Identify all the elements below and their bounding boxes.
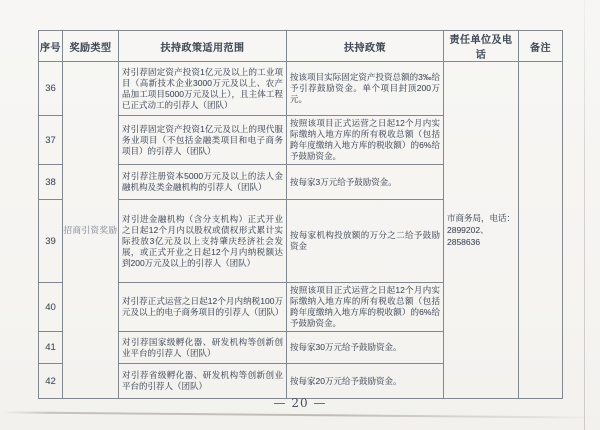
row-number-cell: 40 [39, 283, 63, 332]
scope-cell: 对引荐正式运营之日起12个月内纳税100万元及以上的电子商务项目的引荐人（团队） [119, 283, 287, 332]
policy-cell: 按该项目实际固定资产投资总额的3‰给予引荐鼓励资金。单个项目封顶200万元。 [287, 62, 444, 116]
policy-cell: 按每家3万元给予鼓励资金。 [287, 165, 444, 200]
scope-cell: 对引荐注册资本5000万元及以上的法人金融机构及类金融机构的引荐人（团队） [119, 165, 287, 200]
column-header: 序号 [39, 31, 63, 62]
column-header: 奖励类型 [63, 31, 119, 62]
scanned-document: { "table": { "columns": ["序号", "奖励类型", "… [0, 0, 600, 430]
responsible-unit-cell: 市商务局，电话：2899202、2858636 [444, 62, 519, 399]
scan-edge-artifact-bottom [2, 411, 598, 418]
scope-cell: 对引荐省级孵化器、研发机构等创新创业平台的引荐人（团队） [119, 364, 287, 399]
table-header-row: 序号奖励类型扶持政策适用范围扶持政策责任单位及电话备注 [39, 31, 563, 62]
scope-cell: 对引荐国家级孵化器、研发机构等创新创业平台的引荐人（团队） [119, 332, 287, 364]
scope-cell: 对引荐固定资产投资1亿元及以上的工业项目（高新技术企业3000万元及以上、农产品… [119, 62, 287, 116]
row-number-cell: 39 [39, 200, 63, 283]
policy-cell: 按每家机构投放额的万分之二给予鼓励资金 [287, 200, 444, 283]
table-row: 36招商引资奖励对引荐固定资产投资1亿元及以上的工业项目（高新技术企业3000万… [39, 62, 563, 116]
column-header: 扶持政策适用范围 [119, 31, 287, 62]
row-number-cell: 41 [39, 332, 63, 364]
column-header: 备注 [519, 31, 563, 62]
policy-cell: 按每家30万元给予鼓励资金。 [287, 332, 444, 364]
reward-type-cell: 招商引资奖励 [63, 62, 119, 399]
page-number: — 20 — [38, 396, 562, 410]
row-number-cell: 42 [39, 364, 63, 399]
column-header: 扶持政策 [287, 31, 444, 62]
row-number-cell: 37 [39, 116, 63, 165]
column-header: 责任单位及电话 [444, 31, 519, 62]
scope-cell: 对引荐固定资产投资1亿元及以上的现代服务业项目（不包括金融类项目和电子商务项目）… [119, 116, 287, 165]
policy-table: 序号奖励类型扶持政策适用范围扶持政策责任单位及电话备注 36招商引资奖励对引荐固… [38, 30, 563, 399]
scan-edge-artifact-right [584, 0, 585, 430]
row-number-cell: 38 [39, 165, 63, 200]
policy-cell: 按照该项目正式运营之日起12个月内实际缴纳入地方库的所有税收总额（包括跨年度缴纳… [287, 283, 444, 332]
policy-cell: 按照该项目正式运营之日起12个月内实际缴纳入地方库的所有税收总额（包括跨年度缴纳… [287, 116, 444, 165]
remark-cell [519, 62, 563, 399]
row-number-cell: 36 [39, 62, 63, 116]
scope-cell: 对引进金融机构（含分支机构）正式开业之日起12个月内以股权或债权形式累计实际投放… [119, 200, 287, 283]
document-page: 序号奖励类型扶持政策适用范围扶持政策责任单位及电话备注 36招商引资奖励对引荐固… [0, 0, 600, 430]
policy-cell: 按每家20万元给予鼓励资金。 [287, 364, 444, 399]
